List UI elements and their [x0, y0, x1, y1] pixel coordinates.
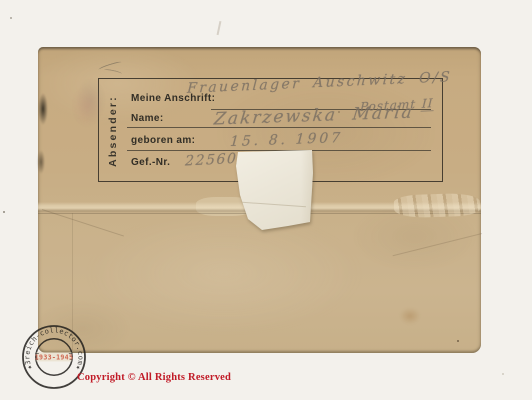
form-label-geboren-am: geboren am: — [131, 135, 195, 146]
stamp-ring-text: ★3reich-collector.com★ — [23, 326, 84, 371]
background-speck — [10, 17, 12, 19]
dark-speck — [457, 340, 459, 342]
handwritten-prisoner-number: 22560/ — [185, 150, 245, 169]
crumpled-fold-right — [394, 193, 481, 219]
stamp-years-text: 1933-1945 — [35, 354, 73, 362]
ink-smudge-left-edge — [36, 147, 46, 177]
patch-crease — [242, 202, 306, 207]
background-speck — [3, 211, 5, 213]
postamt-number: II — [421, 96, 435, 112]
brown-stain — [396, 305, 424, 327]
collector-watermark-stamp: ★3reich-collector.com★ 1933-1945 — [13, 316, 95, 398]
background-scratch — [217, 21, 221, 35]
ink-smudge-left-edge — [37, 89, 49, 129]
form-underline — [127, 150, 431, 151]
scanned-envelope-photo: Absender: Meine Anschrift: Name: geboren… — [0, 0, 532, 400]
absender-vertical-label: Absender: — [107, 83, 121, 179]
dark-speck — [338, 111, 340, 113]
copyright-text: Copyright © All Rights Reserved — [77, 372, 231, 383]
background-speck — [502, 373, 504, 375]
form-label-name: Name: — [131, 113, 164, 124]
faded-pink-smudge — [66, 77, 108, 135]
form-label-gef-nr: Gef.-Nr. — [131, 157, 170, 168]
